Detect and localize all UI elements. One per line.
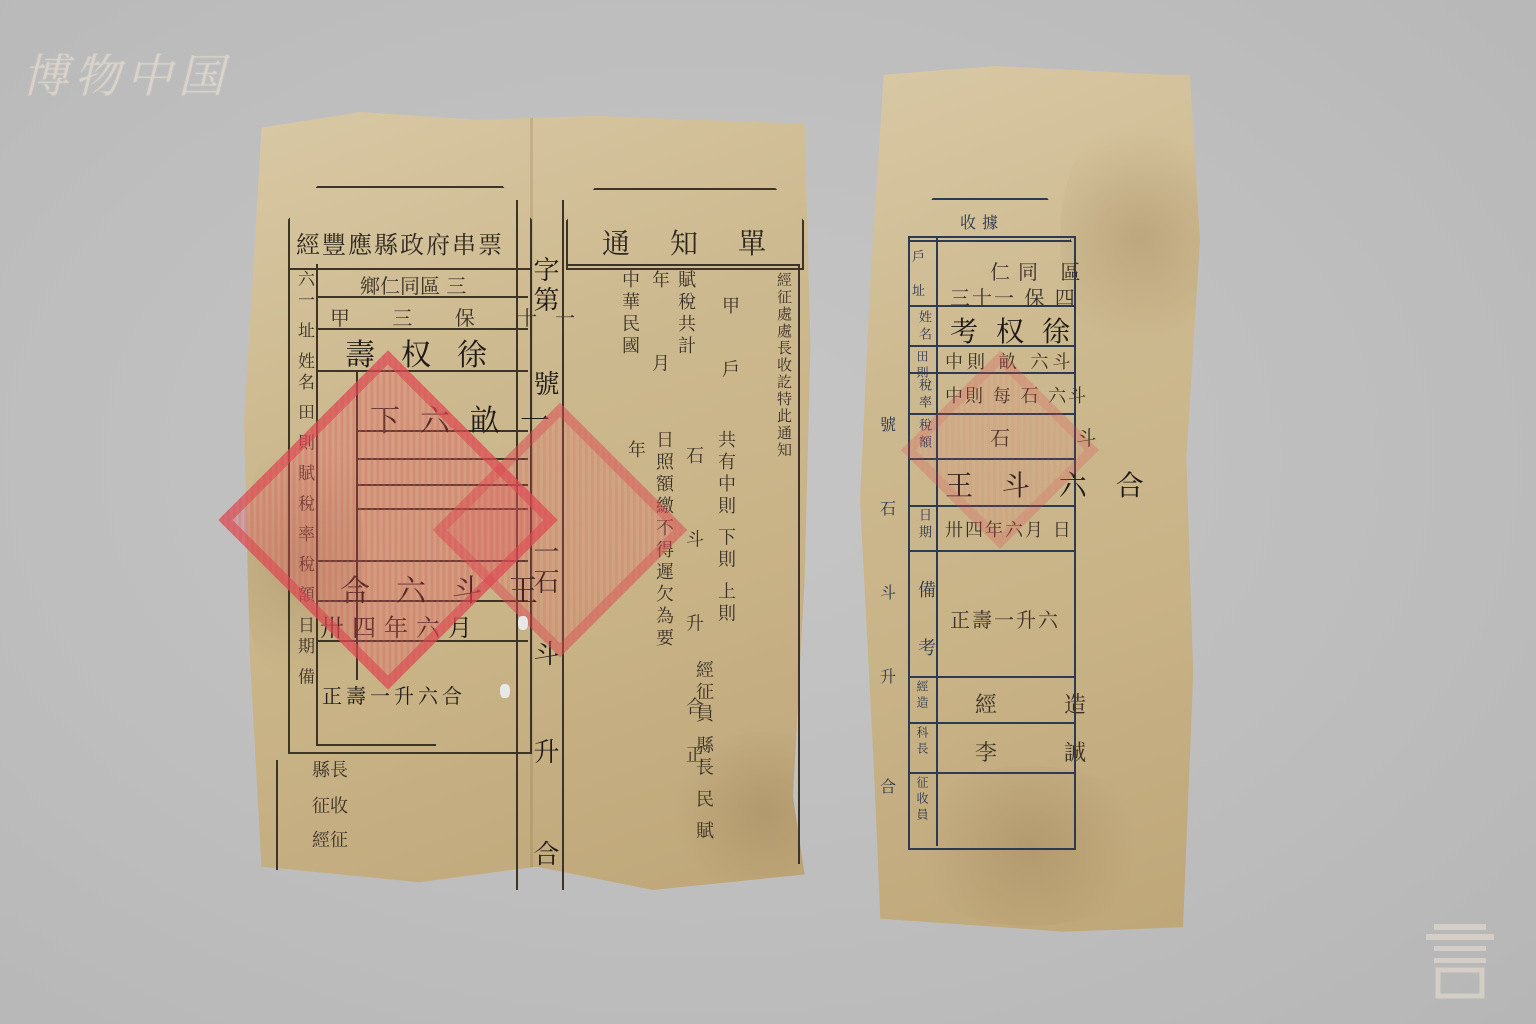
notice-col: 甲 戶: [716, 296, 742, 398]
watermark-text: 博物中国: [22, 40, 230, 106]
receipt-title: 經豐應縣政府串票: [296, 225, 504, 260]
right-collector: 李 誠: [975, 736, 1116, 767]
notice-col: 經征處處長收訖特此通知: [774, 272, 795, 459]
paper-hole: [518, 616, 528, 630]
notice-col: 年: [622, 440, 648, 462]
right-township: 仁同 區: [990, 256, 1088, 285]
right-label: 姓名: [914, 310, 933, 344]
divider: [908, 772, 1074, 774]
right-label: 科長: [914, 726, 931, 758]
seal-note: 正壽一升六合: [322, 680, 466, 709]
notice-col: 賦稅共計: [672, 270, 698, 358]
divider: [798, 264, 800, 864]
divider: [566, 264, 800, 266]
logo-icon: [1420, 918, 1500, 1002]
middle-char: 升: [526, 738, 563, 768]
notice-col: 共有中則 下則 上則: [712, 430, 738, 625]
paper-hole: [500, 684, 510, 698]
right-side-char: 石: [880, 496, 896, 519]
right-name: 考权徐: [950, 310, 1088, 350]
footer-label-3: 經征: [312, 826, 348, 852]
right-side-char: 斗: [880, 580, 896, 603]
right-label: 日期: [914, 508, 933, 542]
right-label: 經造: [914, 680, 931, 712]
divider: [936, 236, 938, 846]
right-side-char: 號: [880, 412, 896, 435]
footer-label-2: 征收: [312, 792, 348, 818]
right-label: 戶: [912, 246, 925, 265]
corner-logo: [1420, 918, 1500, 1002]
right-seal-note: 正壽一升六: [950, 604, 1060, 633]
divider: [276, 760, 278, 870]
middle-char: 字第: [526, 256, 563, 316]
right-label: 址: [912, 280, 925, 299]
middle-char: 合: [526, 840, 563, 870]
notice-col: 中華民國: [616, 270, 642, 358]
footer-label-1: 縣長: [312, 756, 348, 782]
right-label: 備考: [912, 580, 938, 696]
right-side-char: 升: [880, 664, 896, 687]
divider: [908, 550, 1074, 552]
middle-char: 號: [526, 370, 563, 400]
right-clerk: 經 造: [975, 688, 1116, 719]
right-side-char: 合: [880, 774, 896, 797]
township-field: 鄉仁同區 三: [360, 270, 466, 299]
right-header: 收據: [960, 210, 1004, 233]
notice-title: 通知單: [602, 222, 806, 262]
right-label: 稅率: [914, 378, 933, 412]
divider: [908, 722, 1074, 724]
right-bao: 三十一 保 四: [950, 282, 1077, 311]
divider: [316, 744, 436, 746]
notice-col: 年 月: [646, 270, 672, 450]
right-label: 征收員: [914, 776, 931, 824]
notice-col: 經征員 縣長 民 賦: [690, 660, 716, 843]
